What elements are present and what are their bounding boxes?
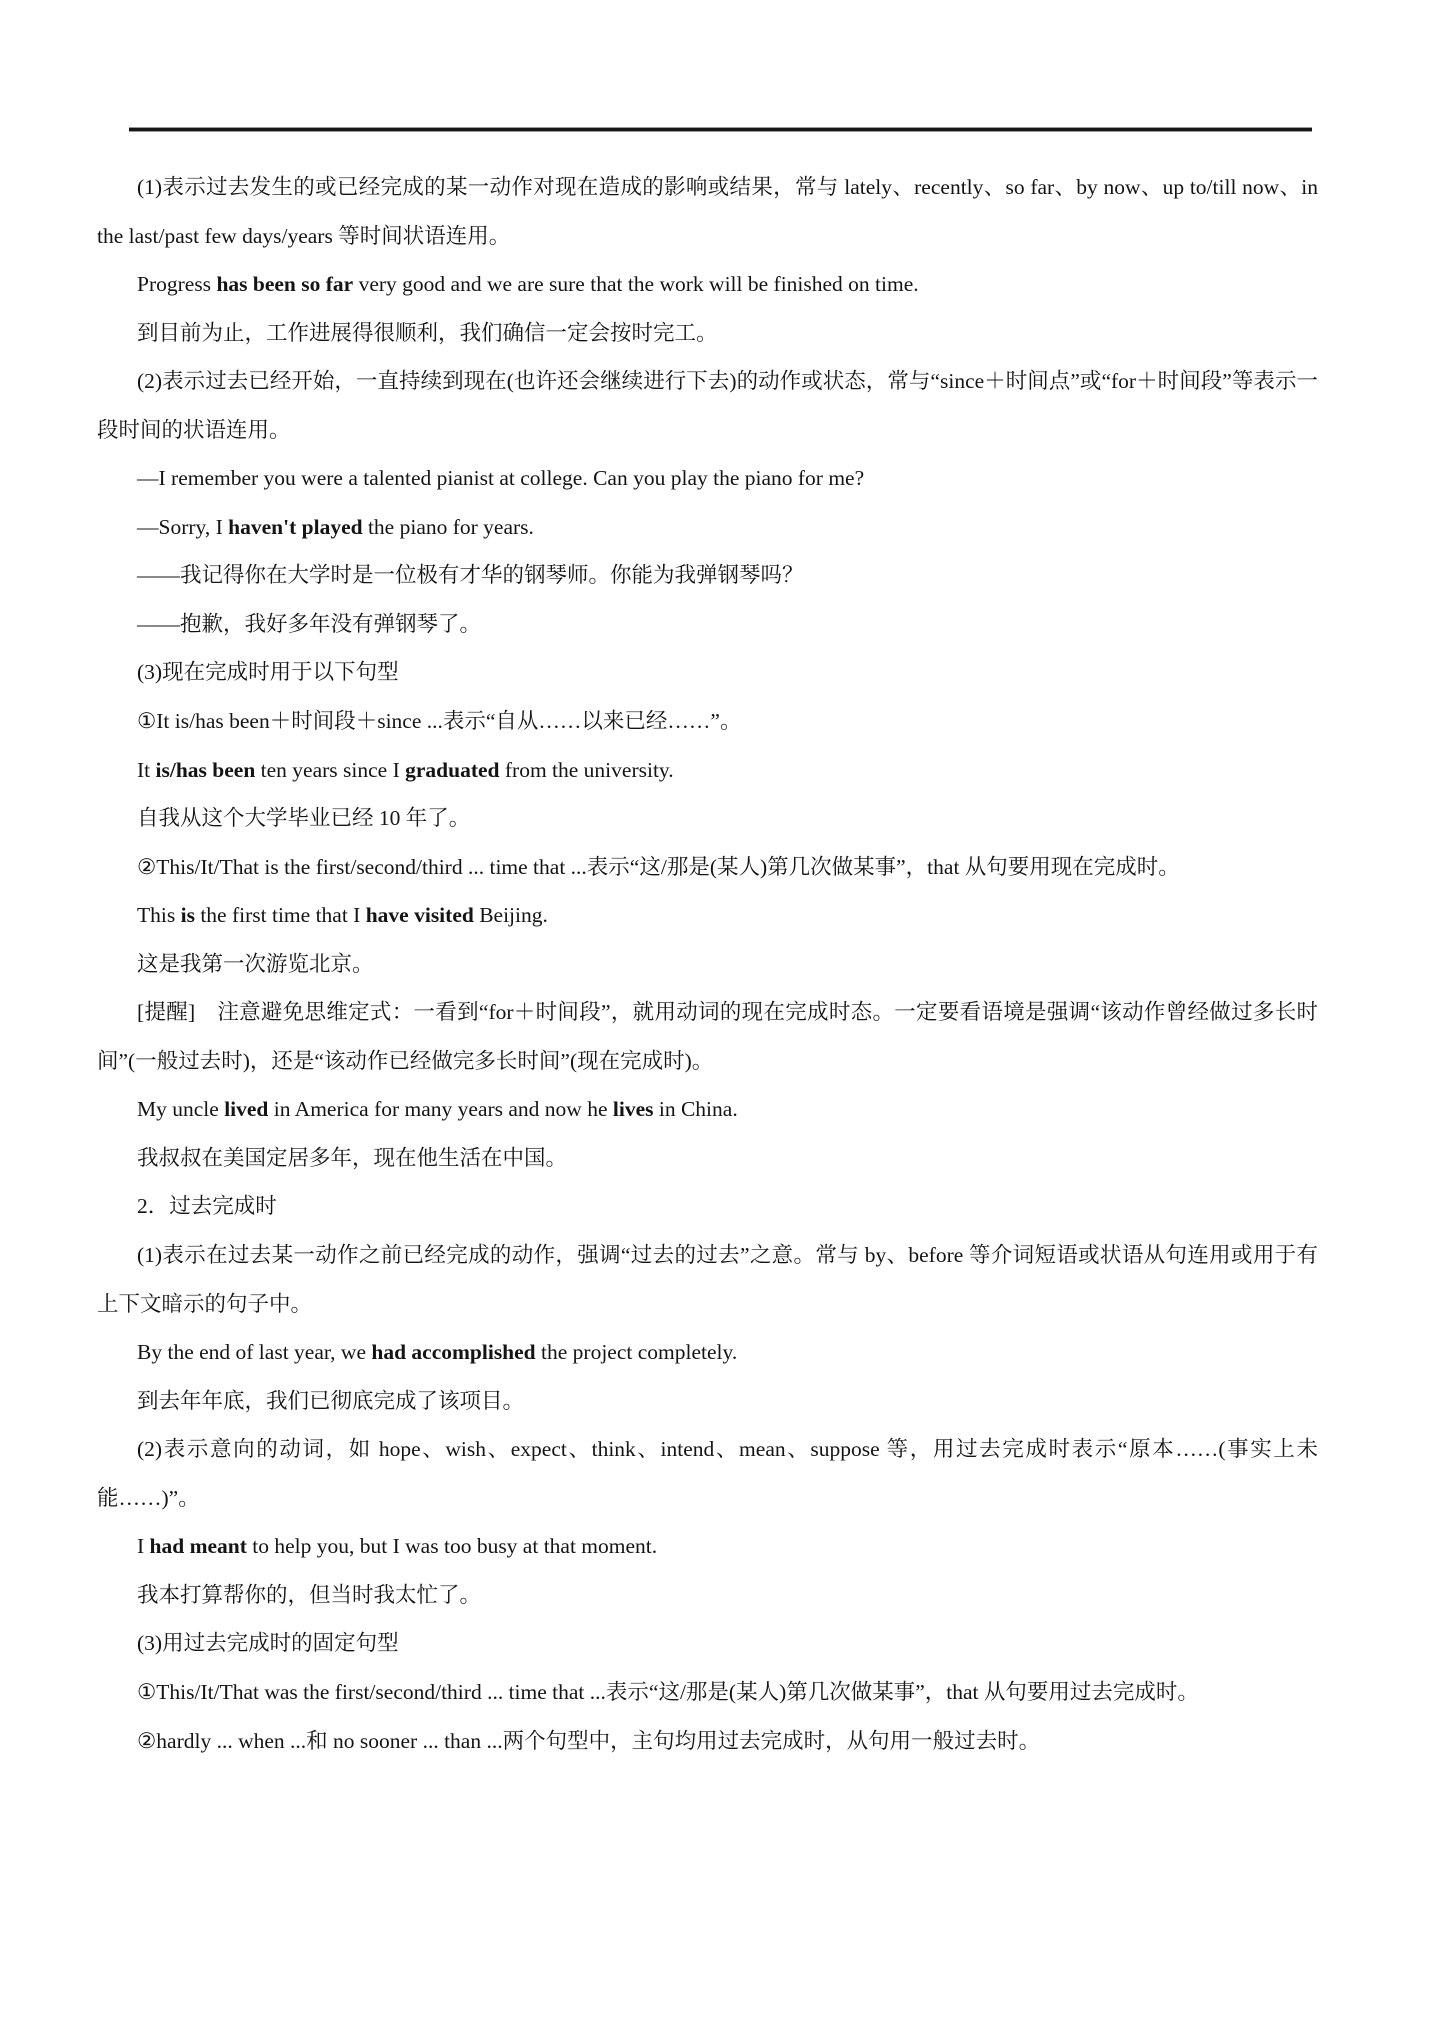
paragraph: (1)表示过去发生的或已经完成的某一动作对现在造成的影响或结果，常与 latel…: [97, 163, 1318, 260]
paragraph: My uncle lived in America for many years…: [97, 1085, 1318, 1134]
text-segment: (2)表示过去已经开始，一直持续到现在(也许还会继续进行下去)的动作或状态，常与…: [97, 369, 1318, 442]
paragraph: [提醒] 注意避免思维定式：一看到“for＋时间段”，就用动词的现在完成时态。一…: [97, 988, 1318, 1085]
text-segment: —Sorry, I: [137, 515, 228, 539]
text-segment: 我叔叔在美国定居多年，现在他生活在中国。: [137, 1146, 567, 1170]
text-segment: the first time that I: [195, 903, 366, 927]
paragraph: 我叔叔在美国定居多年，现在他生活在中国。: [97, 1134, 1318, 1183]
paragraph: It is/has been ten years since I graduat…: [97, 746, 1318, 795]
paragraph: Progress has been so far very good and w…: [97, 260, 1318, 309]
paragraph: (3)现在完成时用于以下句型: [97, 648, 1318, 697]
paragraph: (3)用过去完成时的固定句型: [97, 1619, 1318, 1668]
text-segment: to help you, but I was too busy at that …: [247, 1534, 657, 1558]
text-segment: 到去年年底，我们已彻底完成了该项目。: [137, 1389, 524, 1413]
text-segment: 自我从这个大学毕业已经 10 年了。: [137, 806, 470, 830]
text-segment: from the university.: [500, 758, 674, 782]
text-segment: ②hardly ... when ...和 no sooner ... than…: [137, 1729, 1040, 1753]
paragraph: ①It is/has been＋时间段＋since ...表示“自从……以来已经…: [97, 697, 1318, 746]
text-segment: This: [137, 903, 181, 927]
paragraph: (2)表示过去已经开始，一直持续到现在(也许还会继续进行下去)的动作或状态，常与…: [97, 357, 1318, 454]
paragraph: (1)表示在过去某一动作之前已经完成的动作，强调“过去的过去”之意。常与 by、…: [97, 1231, 1318, 1328]
paragraph: I had meant to help you, but I was too b…: [97, 1522, 1318, 1571]
document-page: (1)表示过去发生的或已经完成的某一动作对现在造成的影响或结果，常与 latel…: [0, 0, 1440, 2037]
bold-text-segment: lived: [224, 1097, 268, 1121]
bold-text-segment: has been so far: [216, 272, 353, 296]
text-segment: (1)表示过去发生的或已经完成的某一动作对现在造成的影响或结果，常与 latel…: [97, 175, 1318, 248]
paragraph: —I remember you were a talented pianist …: [97, 454, 1318, 503]
text-segment: [提醒] 注意避免思维定式：一看到“for＋时间段”，就用动词的现在完成时态。一…: [97, 1000, 1318, 1073]
bold-text-segment: is: [181, 903, 195, 927]
text-segment: ①This/It/That was the first/second/third…: [137, 1680, 1199, 1704]
text-segment: It: [137, 758, 156, 782]
paragraph: This is the first time that I have visit…: [97, 891, 1318, 940]
bold-text-segment: have visited: [366, 903, 474, 927]
text-segment: very good and we are sure that the work …: [353, 272, 918, 296]
bold-text-segment: haven't played: [228, 515, 362, 539]
bold-text-segment: is/has been: [156, 758, 256, 782]
text-segment: ten years since I: [255, 758, 405, 782]
paragraph: ②hardly ... when ...和 no sooner ... than…: [97, 1717, 1318, 1766]
paragraph: ①This/It/That was the first/second/third…: [97, 1668, 1318, 1717]
text-segment: ①It is/has been＋时间段＋since ...表示“自从……以来已经…: [137, 709, 741, 733]
text-segment: (1)表示在过去某一动作之前已经完成的动作，强调“过去的过去”之意。常与 by、…: [97, 1243, 1318, 1316]
paragraph: 我本打算帮你的，但当时我太忙了。: [97, 1571, 1318, 1620]
paragraph: 到目前为止，工作进展得很顺利，我们确信一定会按时完工。: [97, 309, 1318, 358]
text-segment: (2)表示意向的动词，如 hope、wish、expect、think、inte…: [97, 1437, 1318, 1510]
paragraph: (2)表示意向的动词，如 hope、wish、expect、think、inte…: [97, 1425, 1318, 1522]
text-segment: 到目前为止，工作进展得很顺利，我们确信一定会按时完工。: [137, 321, 718, 345]
paragraph: 这是我第一次游览北京。: [97, 940, 1318, 989]
paragraph: 到去年年底，我们已彻底完成了该项目。: [97, 1377, 1318, 1426]
text-segment: ——我记得你在大学时是一位极有才华的钢琴师。你能为我弹钢琴吗？: [137, 563, 804, 587]
paragraph: ——抱歉，我好多年没有弹钢琴了。: [97, 600, 1318, 649]
text-segment: 2．过去完成时: [137, 1194, 277, 1218]
paragraph: ——我记得你在大学时是一位极有才华的钢琴师。你能为我弹钢琴吗？: [97, 551, 1318, 600]
text-segment: Beijing.: [474, 903, 548, 927]
text-segment: I: [137, 1534, 150, 1558]
text-segment: By the end of last year, we: [137, 1340, 371, 1364]
paragraph: ②This/It/That is the first/second/third …: [97, 843, 1318, 892]
bold-text-segment: graduated: [405, 758, 499, 782]
text-segment: —I remember you were a talented pianist …: [137, 466, 864, 490]
document-body: (1)表示过去发生的或已经完成的某一动作对现在造成的影响或结果，常与 latel…: [97, 163, 1318, 1765]
text-segment: ——抱歉，我好多年没有弹钢琴了。: [137, 612, 481, 636]
text-segment: (3)现在完成时用于以下句型: [137, 660, 399, 684]
text-segment: in America for many years and now he: [268, 1097, 612, 1121]
bold-text-segment: had accomplished: [371, 1340, 535, 1364]
text-segment: Progress: [137, 272, 216, 296]
header-divider-rule: [129, 127, 1312, 132]
paragraph: 2．过去完成时: [97, 1182, 1318, 1231]
bold-text-segment: had meant: [150, 1534, 247, 1558]
paragraph: —Sorry, I haven't played the piano for y…: [97, 503, 1318, 552]
text-segment: 我本打算帮你的，但当时我太忙了。: [137, 1583, 481, 1607]
paragraph: 自我从这个大学毕业已经 10 年了。: [97, 794, 1318, 843]
bold-text-segment: lives: [613, 1097, 654, 1121]
text-segment: the project completely.: [536, 1340, 738, 1364]
text-segment: ②This/It/That is the first/second/third …: [137, 855, 1180, 879]
text-segment: the piano for years.: [363, 515, 534, 539]
text-segment: My uncle: [137, 1097, 224, 1121]
text-segment: in China.: [653, 1097, 737, 1121]
text-segment: (3)用过去完成时的固定句型: [137, 1631, 399, 1655]
paragraph: By the end of last year, we had accompli…: [97, 1328, 1318, 1377]
text-segment: 这是我第一次游览北京。: [137, 952, 374, 976]
